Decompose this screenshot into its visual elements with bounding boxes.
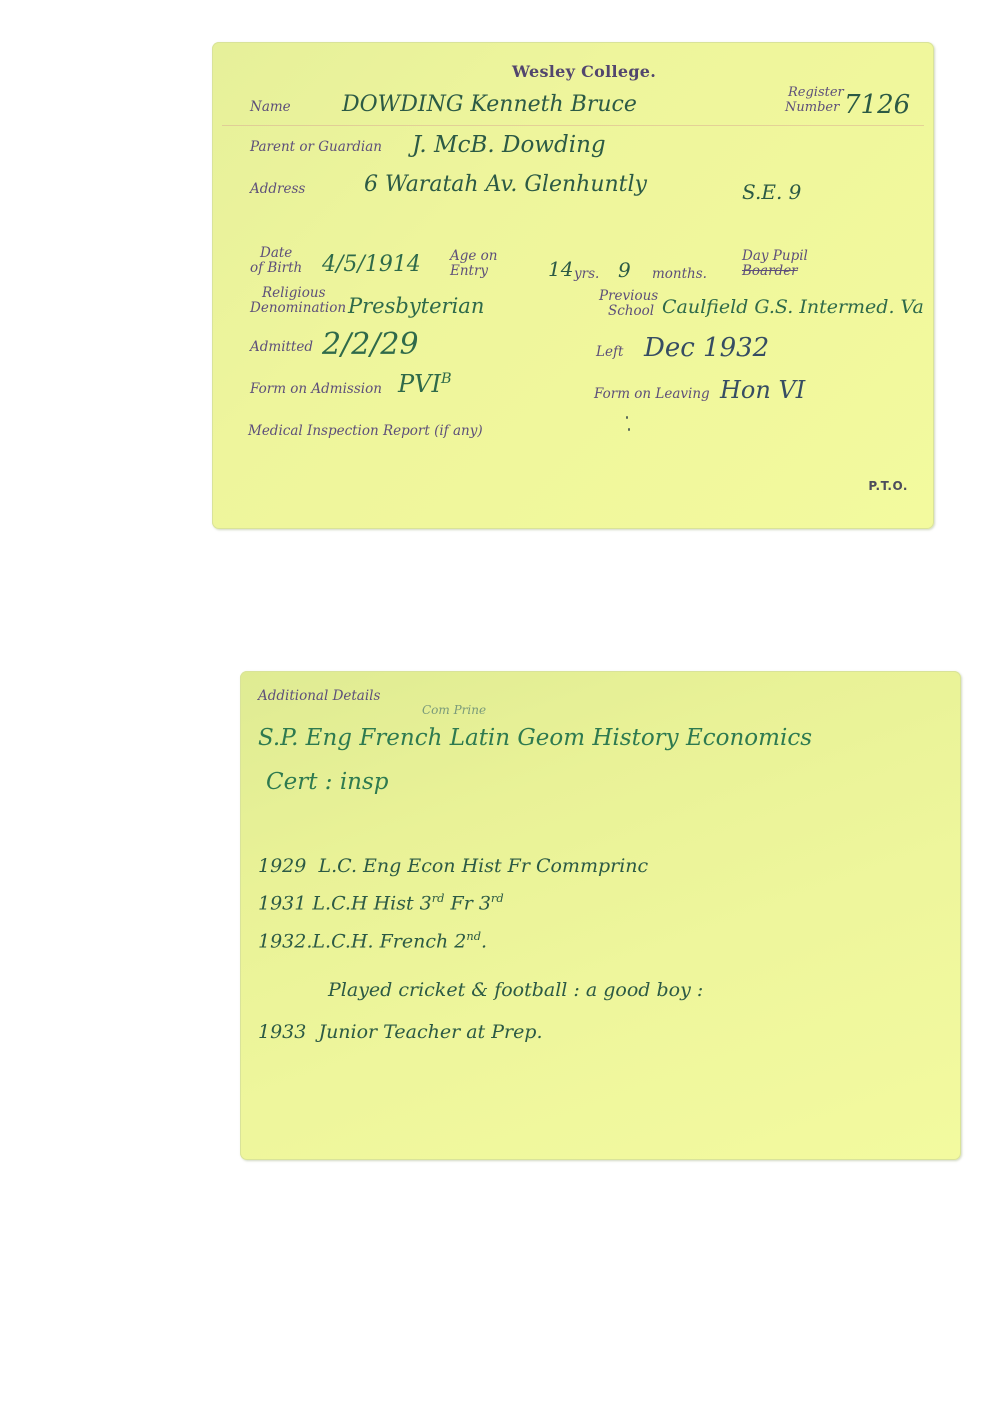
entry-text: L.C.H Hist 3 [312,892,431,914]
months-label: months. [652,267,707,281]
parent-name: J. McB. Dowding [412,134,606,157]
certificate-note: Cert : insp [266,771,389,794]
subjects-list: S.P. Eng French Latin Geom History Econo… [258,727,812,750]
ink-speck [626,416,628,419]
medical-report-label: Medical Inspection Report (if any) [248,424,483,438]
previous-label: Previous [599,289,658,303]
ruled-line [222,125,924,126]
date-of-birth: 4/5/1914 [322,254,421,276]
record-entry-1931: 1931 L.C.H Hist 3rd Fr 3rd [258,893,504,913]
age-on-label: Age on [450,249,498,263]
entry-year: 1931 [258,892,306,914]
religion-value: Presbyterian [348,296,484,317]
entry-text: L.C. Eng Econ Hist Fr Commprinc [318,855,648,877]
register-number: 7126 [844,92,910,118]
boarder-label-struck: Boarder [742,264,798,278]
conduct-remark: Played cricket & football : a good boy : [328,981,703,1000]
form-on-admission-stream: B [441,371,452,387]
record-entry-1932: 1932.L.C.H. French 2nd. [258,931,487,951]
entry-label: Entry [450,264,488,278]
entry-text: Fr 3 [444,892,490,914]
ordinal-suffix: rd [491,891,504,905]
parent-label: Parent or Guardian [250,140,382,154]
day-pupil-label: Day Pupil [742,249,808,263]
record-entry-1929: 1929 L.C. Eng Econ Hist Fr Commprinc [258,857,648,876]
register-label: Register [788,86,844,100]
entry-text: L.C.H. French 2 [312,930,466,952]
left-date: Dec 1932 [644,335,769,361]
form-on-leaving-value: Hon VI [720,378,805,402]
ordinal-suffix: nd [466,929,481,943]
ordinal-suffix: rd [432,891,445,905]
number-label: Number [785,101,839,115]
entry-year: 1933 [258,1021,306,1043]
additional-details-heading: Additional Details [258,689,380,703]
college-title: Wesley College. [512,62,656,81]
entry-text: . [481,930,487,952]
yrs-label: yrs. [574,267,599,281]
form-on-leaving-label: Form on Leaving [594,387,710,401]
entry-year: 1929 [258,855,306,877]
previous-school: Caulfield G.S. Intermed. Va [662,298,924,317]
left-label: Left [596,345,623,359]
entry-year: 1932. [258,930,312,952]
form-on-admission-value: PVIB [398,372,452,396]
of-birth-label: of Birth [250,261,302,275]
name-label: Name [250,100,291,114]
address-postcode: S.E. 9 [742,182,801,202]
admitted-label: Admitted [250,340,313,354]
subject-annotation: Com Prine [422,704,486,716]
date-label: Date [260,246,292,260]
student-name: DOWDING Kenneth Bruce [342,94,637,116]
pto-marker: P.T.O. [868,479,908,493]
age-months: 9 [618,260,631,280]
student-record-card-back: Additional Details Com Prine S.P. Eng Fr… [240,671,961,1160]
religious-label: Religious [262,286,326,300]
record-entry-1933: 1933 Junior Teacher at Prep. [258,1023,543,1042]
student-record-card-front: Wesley College. Name DOWDING Kenneth Bru… [212,42,934,529]
entry-text: Junior Teacher at Prep. [318,1021,542,1043]
form-on-admission-label: Form on Admission [250,382,382,396]
form-on-admission-text: PVI [398,370,441,398]
address-value: 6 Waratah Av. Glenhuntly [364,174,647,196]
school-label: School [608,304,654,318]
address-label: Address [250,182,305,196]
age-years: 14 [548,259,573,279]
denomination-label: Denomination [250,301,346,315]
admitted-date: 2/2/29 [322,330,419,360]
ink-speck [628,428,630,431]
